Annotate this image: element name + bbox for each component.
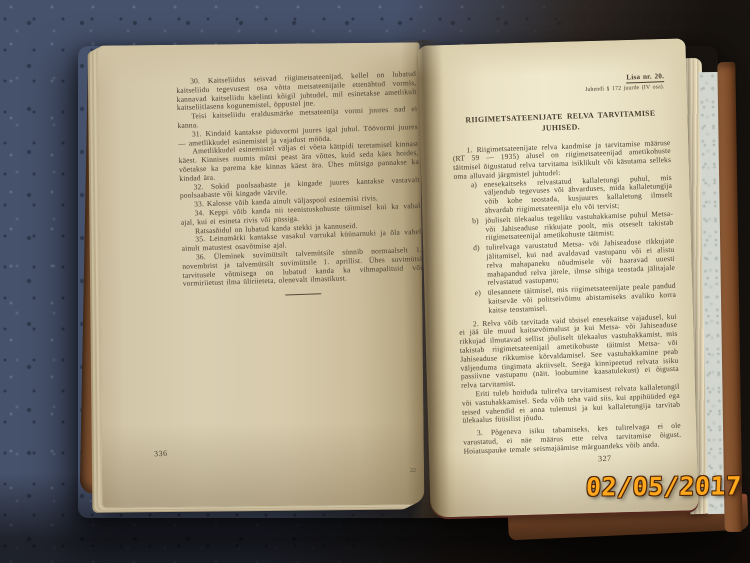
- camera-date-stamp: 02/05/2017: [585, 471, 742, 501]
- right-page-text: Lisa nr. 20. Juhendi § 172 juurde (IV os…: [450, 72, 682, 456]
- left-page-text: 30. Kaitseliidus seisvad riigimetsateeni…: [176, 70, 423, 299]
- paragraph-36: 36. Üleminek suvimütsilt talvemütsile sü…: [182, 246, 423, 289]
- list-item-e: e) ülesannete täitmisel, mis riigimetsat…: [475, 282, 677, 316]
- list-label: b): [472, 217, 486, 244]
- list-text: ülesannete täitmisel, mis riigimetsateen…: [488, 282, 677, 315]
- book-photo: 30. Kaitseliidus seisvad riigimetsateeni…: [0, 0, 750, 563]
- appendix-number: Lisa nr. 20.: [626, 72, 664, 83]
- appendix-reference: Juhendi § 172 juurde (IV osa).: [585, 84, 665, 93]
- chapter-title: RIIGIMETSATEENIJATE RELVA TARVITAMISE JU…: [451, 106, 670, 136]
- page-number-left: 336: [154, 449, 168, 458]
- list-label: a): [471, 181, 485, 217]
- paragraph-2: 2. Relva võib tarvitada vaid tõsisel ene…: [459, 312, 679, 390]
- list-label: e): [475, 289, 489, 316]
- paragraph-2b: Eriti tuleb hoiduda tulirelva tarvitamis…: [461, 383, 680, 426]
- list-item-d: d) tulirelvaga varustatud Metsa- või Jah…: [473, 237, 675, 288]
- page-number-right: 327: [598, 454, 612, 463]
- list-text: tulirelvaga varustatud Metsa- või Jahise…: [486, 237, 675, 288]
- signature-mark: 22: [410, 468, 416, 474]
